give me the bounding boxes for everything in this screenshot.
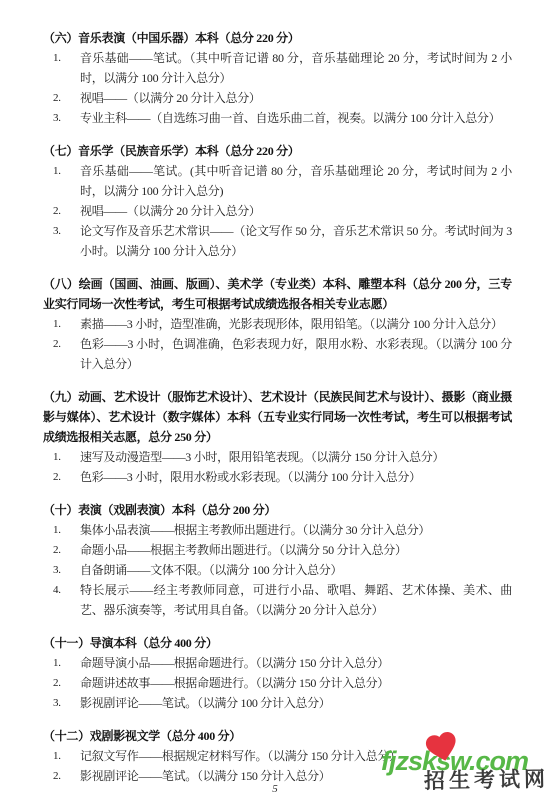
list-item: 4. 特长展示——经主考教师同意，可进行小品、歌唱、舞蹈、艺术体操、美术、曲艺、… [53, 580, 512, 620]
section-heading: （八）绘画（国画、油画、版画）、美术学（专业类）本科、雕塑本科（总分 200 分… [43, 274, 512, 314]
list-item: 3. 影视剧评论——笔试。（以满分 100 分计入总分） [53, 693, 512, 713]
document-page: （六）音乐表演（中国乐器）本科（总分 220 分） 1. 音乐基础——笔试。（其… [0, 0, 550, 806]
section-9-animation-design: （九）动画、艺术设计（服饰艺术设计）、艺术设计（民族民间艺术与设计）、摄影（商业… [43, 387, 512, 487]
item-text: 色彩——3 小时，限用水粉或水彩表现。（以满分 100 分计入总分） [80, 467, 512, 487]
list-item: 2. 命题讲述故事——根据命题进行。（以满分 150 分计入总分） [53, 673, 512, 693]
section-11-directing: （十一）导演本科（总分 400 分） 1. 命题导演小品——根据命题进行。（以满… [43, 633, 512, 713]
item-number: 3. [53, 108, 80, 128]
item-text: 色彩——3 小时，色调准确，色彩表现力好，限用水粉、水彩表现。（以满分 100 … [80, 334, 512, 374]
item-number: 1. [53, 161, 80, 201]
item-number: 1. [53, 314, 80, 334]
item-text: 命题导演小品——根据命题进行。（以满分 150 分计入总分） [80, 653, 512, 673]
item-number: 1. [53, 48, 80, 88]
section-heading: （九）动画、艺术设计（服饰艺术设计）、艺术设计（民族民间艺术与设计）、摄影（商业… [43, 387, 512, 447]
list-item: 1. 速写及动漫造型——3 小时，限用铅笔表现。（以满分 150 分计入总分） [53, 447, 512, 467]
item-number: 2. [53, 88, 80, 108]
list-item: 2. 色彩——3 小时，限用水粉或水彩表现。（以满分 100 分计入总分） [53, 467, 512, 487]
watermark-site-name: 招生考试网 [424, 766, 549, 794]
item-text: 论文写作及音乐艺术常识——（论文写作 50 分，音乐艺术常识 50 分。考试时间… [80, 221, 512, 261]
item-number: 1. [53, 653, 80, 673]
item-text: 命题讲述故事——根据命题进行。（以满分 150 分计入总分） [80, 673, 512, 693]
item-number: 1. [53, 746, 80, 766]
item-number: 2. [53, 201, 80, 221]
list-item: 2. 色彩——3 小时，色调准确，色彩表现力好，限用水粉、水彩表现。（以满分 1… [53, 334, 512, 374]
item-number: 1. [53, 447, 80, 467]
item-text: 影视剧评论——笔试。（以满分 100 分计入总分） [80, 693, 512, 713]
item-text: 命题小品——根据主考教师出题进行。（以满分 50 分计入总分） [80, 540, 512, 560]
item-text: 视唱——（以满分 20 分计入总分） [80, 88, 512, 108]
list-item: 3. 专业主科——（自选练习曲一首、自选乐曲二首，视奏。以满分 100 分计入总… [53, 108, 512, 128]
section-heading: （十）表演（戏剧表演）本科（总分 200 分） [43, 500, 512, 520]
item-text: 音乐基础——笔试。（其中听音记谱 80 分，音乐基础理论 20 分，考试时间为 … [80, 48, 512, 88]
item-text: 特长展示——经主考教师同意，可进行小品、歌唱、舞蹈、艺术体操、美术、曲艺、器乐演… [80, 580, 512, 620]
section-10-acting: （十）表演（戏剧表演）本科（总分 200 分） 1. 集体小品表演——根据主考教… [43, 500, 512, 620]
list-item: 1. 音乐基础——笔试。（其中听音记谱 80 分，音乐基础理论 20 分，考试时… [53, 48, 512, 88]
item-text: 自备朗诵——文体不限。（以满分 100 分计入总分） [80, 560, 512, 580]
item-number: 2. [53, 467, 80, 487]
list-item: 1. 音乐基础——笔试。(其中听音记谱 80 分，音乐基础理论 20 分，考试时… [53, 161, 512, 201]
item-text: 专业主科——（自选练习曲一首、自选乐曲二首，视奏。以满分 100 分计入总分） [80, 108, 512, 128]
section-heading: （七）音乐学（民族音乐学）本科（总分 220 分） [43, 141, 512, 161]
item-text: 速写及动漫造型——3 小时，限用铅笔表现。（以满分 150 分计入总分） [80, 447, 512, 467]
item-number: 4. [53, 580, 80, 620]
list-item: 2. 视唱——（以满分 20 分计入总分） [53, 88, 512, 108]
section-7-musicology: （七）音乐学（民族音乐学）本科（总分 220 分） 1. 音乐基础——笔试。(其… [43, 141, 512, 261]
list-item: 1. 集体小品表演——根据主考教师出题进行。（以满分 30 分计入总分） [53, 520, 512, 540]
list-item: 2. 视唱——（以满分 20 分计入总分） [53, 201, 512, 221]
section-heading: （十一）导演本科（总分 400 分） [43, 633, 512, 653]
list-item: 2. 命题小品——根据主考教师出题进行。（以满分 50 分计入总分） [53, 540, 512, 560]
item-number: 3. [53, 693, 80, 713]
item-number: 2. [53, 540, 80, 560]
item-text: 集体小品表演——根据主考教师出题进行。（以满分 30 分计入总分） [80, 520, 512, 540]
item-text: 视唱——（以满分 20 分计入总分） [80, 201, 512, 221]
item-text: 素描——3 小时，造型准确，光影表现形体，限用铅笔。（以满分 100 分计入总分… [80, 314, 512, 334]
item-number: 2. [53, 673, 80, 693]
list-item: 3. 自备朗诵——文体不限。（以满分 100 分计入总分） [53, 560, 512, 580]
item-text: 音乐基础——笔试。(其中听音记谱 80 分，音乐基础理论 20 分，考试时间为 … [80, 161, 512, 201]
section-heading: （六）音乐表演（中国乐器）本科（总分 220 分） [43, 28, 512, 48]
item-number: 2. [53, 334, 80, 374]
section-8-painting: （八）绘画（国画、油画、版画）、美术学（专业类）本科、雕塑本科（总分 200 分… [43, 274, 512, 374]
list-item: 1. 命题导演小品——根据命题进行。（以满分 150 分计入总分） [53, 653, 512, 673]
item-number: 1. [53, 520, 80, 540]
item-number: 3. [53, 221, 80, 261]
list-item: 3. 论文写作及音乐艺术常识——（论文写作 50 分，音乐艺术常识 50 分。考… [53, 221, 512, 261]
section-6-music-performance: （六）音乐表演（中国乐器）本科（总分 220 分） 1. 音乐基础——笔试。（其… [43, 28, 512, 128]
item-number: 3. [53, 560, 80, 580]
list-item: 1. 素描——3 小时，造型准确，光影表现形体，限用铅笔。（以满分 100 分计… [53, 314, 512, 334]
